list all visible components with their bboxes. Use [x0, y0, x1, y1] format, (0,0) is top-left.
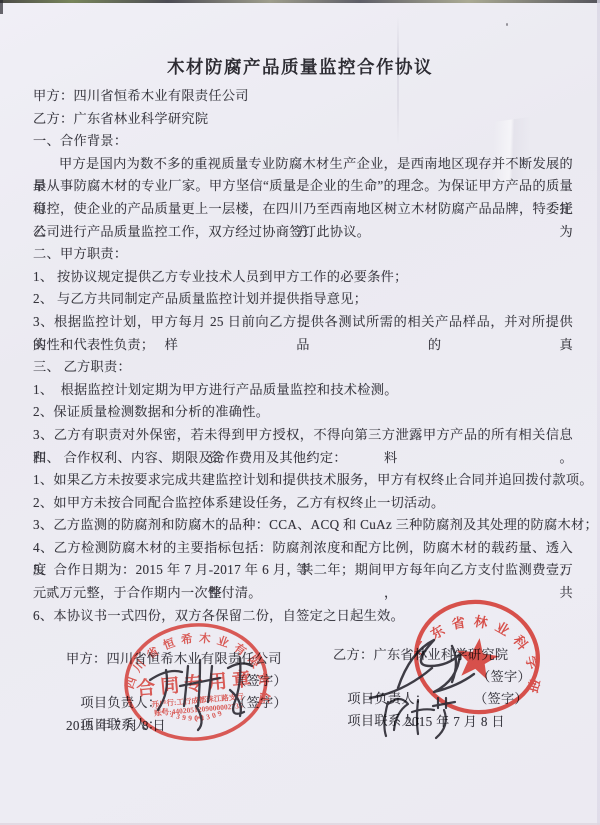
- scan-speck: [506, 23, 508, 26]
- sign-hint: （签字）: [233, 692, 287, 714]
- party-a-name: 甲方：四川省恒希木业有限责任公司: [66, 648, 326, 670]
- doc-heading-2: 二、甲方职责：: [33, 243, 573, 266]
- doc-line: 甲方是国内为数不多的重视质量专业防腐木材生产企业，是西南地区现存并不断发展的最: [33, 153, 573, 176]
- doc-item: 4、乙方检测防腐木材的主要指标包括：防腐剂浓度和配方比例，防腐木材的载药量、透入…: [33, 537, 573, 560]
- document-title: 木材防腐产品质量监控合作协议: [0, 54, 600, 79]
- doc-item: 2、保证质量检测数据和分析的准确性。: [33, 401, 573, 424]
- doc-line: 早从事防腐木材的专业厂家。甲方坚信“质量是企业的生命”的理念。为保证甲方产品的质…: [33, 175, 573, 198]
- doc-item: 2、如甲方未按合同配合监控体系建设任务，乙方有权终止一切活动。: [33, 492, 573, 515]
- doc-line: 可控，使企业的产品质量更上一层楼，在四川乃至西南地区树立木材防腐产品品牌，特委托…: [33, 198, 573, 221]
- doc-item: 3、根据监控计划，甲方每月 25 日前向乙方提供各测试所需的相关产品样品，并对所…: [33, 311, 573, 334]
- doc-item: 3、乙方监测的防腐剂和防腐木的品种：CCA、ACQ 和 CuAz 三种防腐剂及其…: [33, 514, 573, 537]
- sign-hint: （签字）: [474, 688, 528, 710]
- sign-hint: （签字）: [233, 670, 287, 692]
- party-b-name: 乙方：广东省林业科学研究院: [333, 644, 583, 666]
- party-a-date: 2015 年 7 月 8 日: [66, 715, 326, 737]
- doc-item: 1、如果乙方未按要求完成共建监控计划和提供技术服务，甲方有权终止合同并追回拨付款…: [33, 469, 573, 492]
- doc-line-party-a: 甲方：四川省恒希木业有限责任公司: [33, 85, 573, 108]
- doc-item: 2、 与乙方共同制定产品质量监控计划并提供指导意见；: [33, 288, 573, 311]
- scan-edge-top: [0, 0, 600, 3]
- doc-item: 3、乙方有职责对外保密，若未得到甲方授权，不得向第三方泄露甲方产品的所有相关信息…: [33, 424, 573, 447]
- party-b-date: 2015 年 7 月 8 日: [333, 711, 583, 733]
- doc-item: 1、 根据监控计划定期为甲方进行产品质量监控和技术检测。: [33, 379, 573, 402]
- scan-edge-corner: [0, 0, 3, 14]
- doc-heading-3: 三、 乙方职责：: [33, 356, 573, 379]
- doc-item: 6、本协议书一式四份，双方各保留二份，自签定之日起生效。: [33, 605, 573, 628]
- sign-hint: （签字）: [477, 666, 531, 688]
- doc-line-party-b: 乙方：广东省林业科学研究院: [33, 108, 573, 131]
- signature-block-party-a: 甲方：四川省恒希木业有限责任公司 项目负责人： （签字） 项目联系人： （签字）…: [66, 648, 326, 737]
- doc-item: 1、 按协议规定提供乙方专业技术人员到甲方工作的必要条件；: [33, 266, 573, 289]
- doc-heading-1: 一、合作背景：: [33, 130, 573, 153]
- document-body: 甲方：四川省恒希木业有限责任公司 乙方：广东省林业科学研究院 一、合作背景： 甲…: [33, 85, 573, 627]
- signature-block-party-b: 乙方：广东省林业科学研究院 项目负责人： （签字） 项目联系人： （签字） 20…: [333, 644, 583, 733]
- doc-item: 5、合作日期为：2015 年 7 月-2017 年 6 月，共二年；期间甲方每年…: [33, 559, 573, 582]
